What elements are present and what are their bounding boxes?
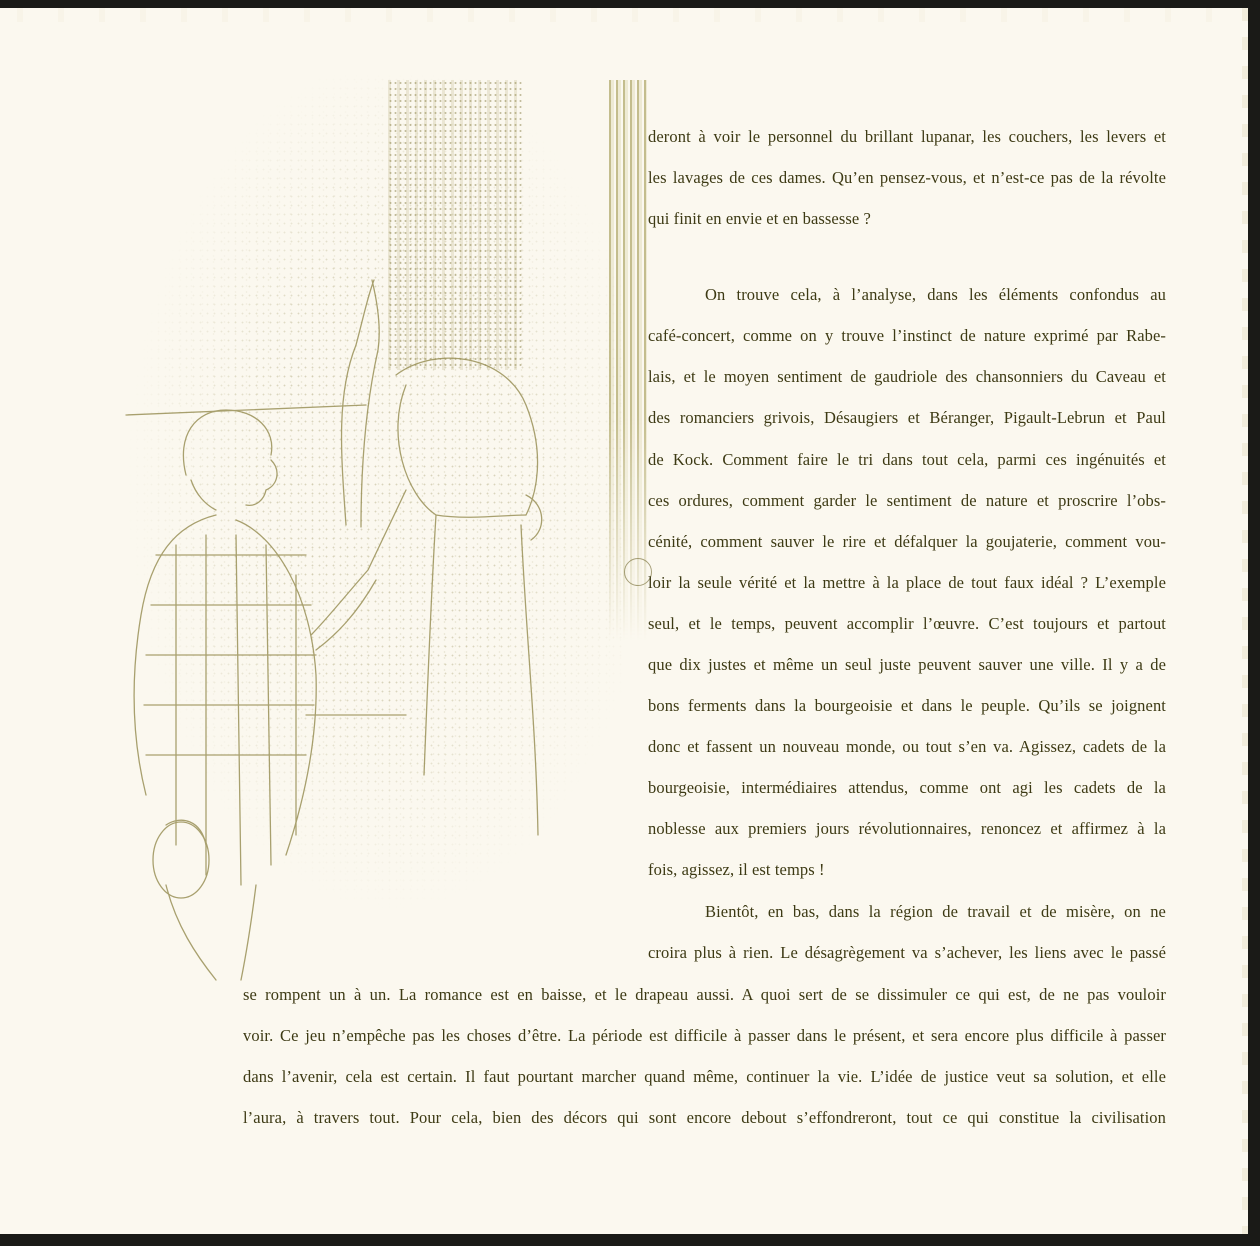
text-line: les lavages de ces dames. Qu’en pensez-v…	[648, 167, 1166, 189]
text-line: loir la seule vérité et la mettre à la p…	[648, 572, 1166, 594]
text-line: noblesse aux premiers jours révolutionna…	[648, 818, 1166, 840]
text-line: voir. Ce jeu n’empêche pas les choses d’…	[243, 1025, 1166, 1047]
text-line: l’aura, à travers tout. Pour cela, bien …	[243, 1107, 1166, 1129]
figure-sketch-icon	[106, 75, 626, 985]
text-line: que dix justes et même un seul juste peu…	[648, 654, 1166, 676]
book-page: deront à voir le personnel du brillant l…	[0, 8, 1248, 1234]
text-line: croira plus à rien. Le désagrègement va …	[648, 942, 1166, 964]
text-line: cénité, comment sauver le rire et défalq…	[648, 531, 1166, 553]
paragraph-start-line: On trouve cela, à l’analyse, dans les él…	[705, 284, 1166, 306]
text-line: qui finit en envie et en bassesse ?	[648, 208, 1166, 230]
deckle-edge-right	[1242, 8, 1248, 1234]
text-line: ces ordures, comment garder le sentiment…	[648, 490, 1166, 512]
text-line: bourgeoisie, intermédiaires attendus, co…	[648, 777, 1166, 799]
text-line: lais, et le moyen sentiment de gaudriole…	[648, 366, 1166, 388]
text-line: deront à voir le personnel du brillant l…	[648, 126, 1166, 148]
text-line: de Kock. Comment faire le tri dans tout …	[648, 449, 1166, 471]
text-line: bons ferments dans la bourgeoisie et dan…	[648, 695, 1166, 717]
paragraph-start-line: Bientôt, en bas, dans la région de trava…	[705, 901, 1166, 923]
text-line: des romanciers grivois, Désaugiers et Bé…	[648, 407, 1166, 429]
lithograph-illustration	[106, 75, 626, 985]
text-line: fois, agissez, il est temps !	[648, 859, 1166, 881]
deckle-edge-top	[0, 8, 1248, 22]
text-line: seul, et le temps, peuvent accomplir l’œ…	[648, 613, 1166, 635]
text-line: dans l’avenir, cela est certain. Il faut…	[243, 1066, 1166, 1088]
text-line: café-concert, comme on y trouve l’instin…	[648, 325, 1166, 347]
text-line: se rompent un à un. La romance est en ba…	[243, 984, 1166, 1006]
text-line: donc et fassent un nouveau monde, ou tou…	[648, 736, 1166, 758]
